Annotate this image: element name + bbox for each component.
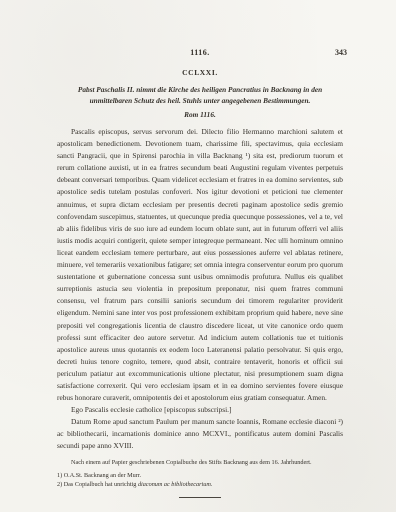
running-year-header: 1116.	[57, 48, 343, 57]
footnote-2-text: Das Copialbuch hat unrichtig	[64, 481, 138, 488]
document-number: CCLXXI.	[57, 68, 343, 77]
footnote-end-divider	[179, 497, 221, 498]
footnote-1-text: O.A.St. Backnang an der Murr.	[64, 472, 141, 479]
body-paragraph: Pascalis episcopus, servus servorum dei.…	[57, 126, 343, 404]
subscription-line: Ego Pascalis ecclesie catholice [episcop…	[57, 404, 343, 416]
footnote-2-marker: 2)	[57, 481, 64, 488]
footnote-2: 2) Das Copialbuch hat unrichtig diaconum…	[57, 480, 343, 490]
page-content: 1116. 343 CCLXXI. Pabst Paschalis II. ni…	[57, 48, 343, 498]
scanned-book-page: 1116. 343 CCLXXI. Pabst Paschalis II. ni…	[0, 0, 396, 512]
footnote-1-marker: 1)	[57, 472, 64, 479]
datum-paragraph: Datum Rome apud sanctum Paulum per manum…	[57, 416, 343, 452]
footnotes-block: 1) O.A.St. Backnang an der Murr. 2) Das …	[57, 471, 343, 490]
footnote-1: 1) O.A.St. Backnang an der Murr.	[57, 471, 343, 481]
page-header: 1116. 343	[57, 48, 343, 60]
footnote-2-italic-text: diaconum ac bibliothecarium.	[138, 481, 212, 488]
document-body: Pascalis episcopus, servus servorum dei.…	[57, 126, 343, 453]
document-summary: Pabst Paschalis II. nimmt die Kirche des…	[57, 84, 343, 106]
page-number: 343	[335, 48, 347, 57]
document-date-line: Rom 1116.	[57, 110, 343, 119]
source-note: Nach einem auf Papier geschriebenen Copi…	[57, 458, 343, 467]
